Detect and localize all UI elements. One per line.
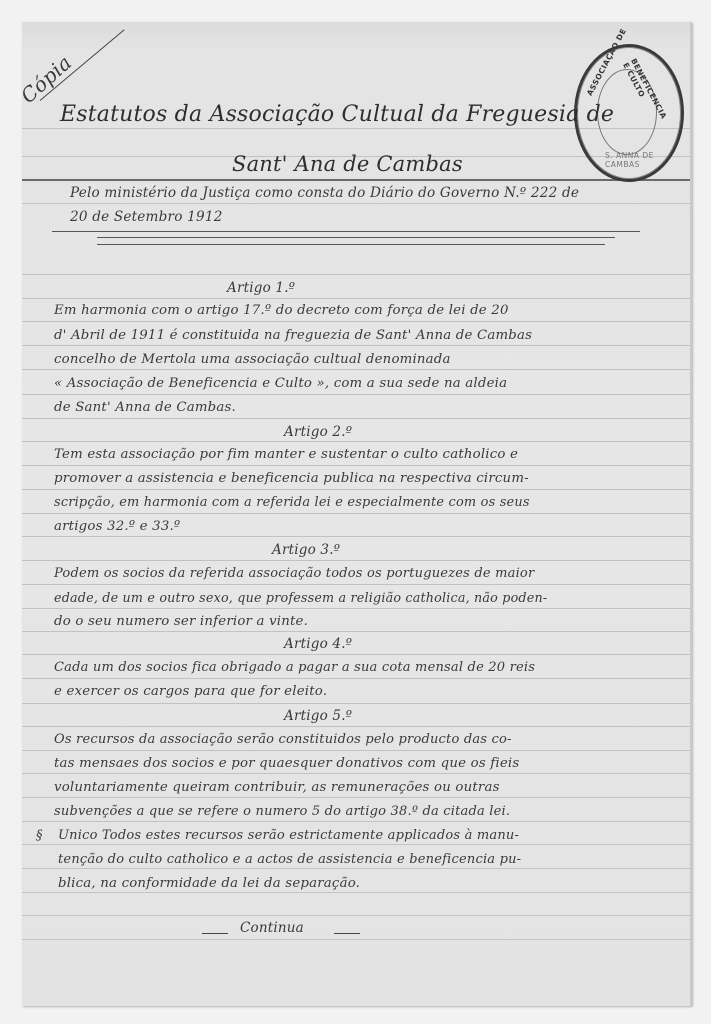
article-3-line: edade, de um e outro sexo, que professem… — [54, 590, 547, 605]
article-1-line: de Sant' Anna de Cambas. — [54, 400, 236, 415]
ruled-line — [22, 821, 690, 822]
ruled-line — [22, 369, 690, 370]
ruled-line — [22, 608, 690, 609]
ruled-line — [22, 345, 690, 346]
paragraph-unico-line: blica, na conformidade da lei da separaç… — [58, 876, 360, 891]
ruled-line — [22, 298, 690, 299]
article-5-line: voluntariamente queiram contribuir, as r… — [54, 780, 500, 795]
ruled-line — [22, 513, 690, 514]
continua-footer: Continua — [240, 920, 304, 936]
ruled-line — [22, 915, 690, 916]
ruled-line — [22, 844, 690, 845]
ruled-line — [22, 203, 690, 204]
ruled-line — [22, 584, 690, 585]
ruled-line — [22, 394, 690, 395]
article-4-line: Cada um dos socios fica obrigado a pagar… — [54, 660, 535, 675]
ruled-line — [22, 560, 690, 561]
ruled-line — [22, 773, 690, 774]
copia-annotation: Cópia — [22, 50, 76, 108]
ruled-line — [22, 678, 690, 679]
article-4-line: e exercer os cargos para que for eleito. — [54, 684, 327, 699]
paragraph-unico-line: tenção do culto catholico e a actos de a… — [58, 852, 521, 867]
ruled-line — [22, 321, 690, 322]
article-2-heading: Artigo 2.º — [284, 424, 352, 440]
ruled-line — [22, 536, 690, 537]
article-5-heading: Artigo 5.º — [284, 708, 352, 724]
paragraph-mark: § — [36, 828, 43, 843]
article-5-line: Os recursos da associação serão constitu… — [54, 732, 512, 747]
document-title-line1: Estatutos da Associação Cultual da Fregu… — [60, 102, 614, 127]
article-3-line: Podem os socios da referida associação t… — [54, 566, 534, 581]
stamp-text-bottom: S. ANNA DE CAMBAS — [605, 151, 681, 169]
article-3-heading: Artigo 3.º — [272, 542, 340, 558]
article-1-line: d' Abril de 1911 é constituida na fregue… — [54, 328, 532, 343]
footer-dash-left — [202, 933, 228, 934]
ruled-line — [22, 797, 690, 798]
article-2-line: promover a assistencia e beneficencia pu… — [54, 471, 529, 486]
footer-dash-right — [334, 933, 360, 934]
document-page: Cópia ASSOCIAÇÃO DE BENEFICENCIA E CULTO… — [22, 22, 692, 1006]
header-line-2: 20 de Setembro 1912 — [70, 209, 223, 225]
ruled-line — [22, 703, 690, 704]
ruled-line — [22, 489, 690, 490]
header-line-1: Pelo ministério da Justiça como consta d… — [70, 185, 579, 201]
header-rule — [52, 231, 640, 232]
article-1-line: Em harmonia com o artigo 17.º do decreto… — [54, 303, 509, 318]
article-3-line: do o seu numero ser inferior a vinte. — [54, 614, 308, 629]
header-rule — [97, 237, 615, 238]
ruled-line — [22, 750, 690, 751]
ruled-line — [22, 868, 690, 869]
title-underline — [22, 179, 690, 181]
ruled-line — [22, 441, 690, 442]
article-2-line: Tem esta associação por fim manter e sus… — [54, 447, 518, 462]
article-2-line: scripção, em harmonia com a referida lei… — [54, 495, 530, 510]
ruled-line — [22, 418, 690, 419]
article-4-heading: Artigo 4.º — [284, 636, 352, 652]
ruled-line — [22, 654, 690, 655]
ruled-line — [22, 726, 690, 727]
article-1-line: « Associação de Beneficencia e Culto », … — [54, 376, 507, 391]
article-1-heading: Artigo 1.º — [227, 280, 295, 296]
ruled-line — [22, 465, 690, 466]
ruled-line — [22, 892, 690, 893]
paragraph-unico-line: Unico Todos estes recursos serão estrict… — [58, 828, 519, 843]
ruled-line — [22, 631, 690, 632]
article-1-line: concelho de Mertola uma associação cultu… — [54, 352, 451, 367]
article-2-line: artigos 32.º e 33.º — [54, 519, 180, 534]
ruled-line — [22, 274, 690, 275]
ruled-line — [22, 939, 690, 940]
article-5-line: subvenções a que se refere o numero 5 do… — [54, 804, 510, 819]
header-rule — [97, 244, 605, 245]
document-title-line2: Sant' Ana de Cambas — [232, 152, 463, 176]
article-5-line: tas mensaes dos socios e por quaesquer d… — [54, 756, 519, 771]
